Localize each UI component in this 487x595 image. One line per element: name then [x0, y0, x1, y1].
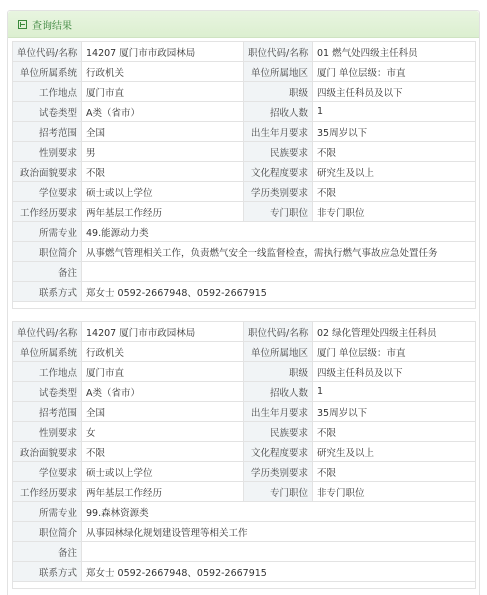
field-value: 不限 — [82, 162, 244, 182]
table-row: 单位代码/名称14207 厦门市市政园林局职位代码/名称01 燃气处四级主任科员 — [13, 42, 476, 62]
field-value: 行政机关 — [82, 62, 244, 82]
field-value: 不限 — [313, 462, 476, 482]
table-row: 职位简介从事燃气管理相关工作，负责燃气安全一线监督检查，需执行燃气事故应急处置任… — [13, 242, 476, 262]
field-value: 四级主任科员及以下 — [313, 362, 476, 382]
field-value: 两年基层工作经历 — [82, 202, 244, 222]
table-row: 工作地点厦门市直职级四级主任科员及以下 — [13, 82, 476, 102]
field-label: 单位所属地区 — [244, 342, 313, 362]
field-value: 研究生及以上 — [313, 162, 476, 182]
field-label: 民族要求 — [244, 142, 313, 162]
field-label: 职级 — [244, 362, 313, 382]
position-table: 单位代码/名称14207 厦门市市政园林局职位代码/名称02 绿化管理处四级主任… — [12, 321, 476, 589]
field-value: 郑女士 0592-2667948、0592-2667915 — [82, 562, 476, 582]
field-value: 不限 — [313, 142, 476, 162]
field-value: 99.森林资源类 — [82, 502, 476, 522]
field-label: 专门职位 — [244, 482, 313, 502]
table-row: 政治面貌要求不限文化程度要求研究生及以上 — [13, 442, 476, 462]
position-record-2: 单位代码/名称14207 厦门市市政园林局职位代码/名称02 绿化管理处四级主任… — [12, 321, 475, 589]
table-row: 单位所属系统行政机关单位所属地区厦门 单位层级：市直 — [13, 62, 476, 82]
position-record-1: 单位代码/名称14207 厦门市市政园林局职位代码/名称01 燃气处四级主任科员… — [12, 41, 475, 309]
field-value: 1 — [313, 382, 476, 402]
field-value: 研究生及以上 — [313, 442, 476, 462]
field-label: 专门职位 — [244, 202, 313, 222]
table-row: 性别要求男民族要求不限 — [13, 142, 476, 162]
field-value: 14207 厦门市市政园林局 — [82, 322, 244, 342]
table-row: 所需专业99.森林资源类 — [13, 502, 476, 522]
field-label: 性别要求 — [13, 422, 82, 442]
field-value: 厦门 单位层级：市直 — [313, 62, 476, 82]
field-label: 联系方式 — [13, 562, 82, 582]
table-row: 工作经历要求两年基层工作经历专门职位非专门职位 — [13, 202, 476, 222]
field-value: 男 — [82, 142, 244, 162]
field-value: 女 — [82, 422, 244, 442]
panel-title: 查询结果 — [32, 17, 72, 32]
field-label: 职位代码/名称 — [244, 322, 313, 342]
field-value: 02 绿化管理处四级主任科员 — [313, 322, 476, 342]
field-label: 民族要求 — [244, 422, 313, 442]
field-label: 职位简介 — [13, 522, 82, 542]
field-value: 两年基层工作经历 — [82, 482, 244, 502]
field-label: 所需专业 — [13, 502, 82, 522]
field-label: 单位所属系统 — [13, 342, 82, 362]
table-row: 单位所属系统行政机关单位所属地区厦门 单位层级：市直 — [13, 342, 476, 362]
table-row: 招考范围全国出生年月要求35周岁以下 — [13, 122, 476, 142]
field-label: 出生年月要求 — [244, 122, 313, 142]
field-label: 学历类别要求 — [244, 462, 313, 482]
field-label: 性别要求 — [13, 142, 82, 162]
field-label: 备注 — [13, 542, 82, 562]
field-value: 01 燃气处四级主任科员 — [313, 42, 476, 62]
field-value: 从事燃气管理相关工作，负责燃气安全一线监督检查，需执行燃气事故应急处置任务 — [82, 242, 476, 262]
field-value: 行政机关 — [82, 342, 244, 362]
spacer-cell — [13, 302, 476, 309]
table-row: 单位代码/名称14207 厦门市市政园林局职位代码/名称02 绿化管理处四级主任… — [13, 322, 476, 342]
field-label: 学位要求 — [13, 462, 82, 482]
field-label: 政治面貌要求 — [13, 162, 82, 182]
table-row: 学位要求硕士或以上学位学历类别要求不限 — [13, 462, 476, 482]
panel-header: 查询结果 — [8, 11, 479, 38]
table-icon — [18, 20, 27, 29]
table-row: 工作地点厦门市直职级四级主任科员及以下 — [13, 362, 476, 382]
field-label: 职级 — [244, 82, 313, 102]
table-row: 联系方式郑女士 0592-2667948、0592-2667915 — [13, 562, 476, 582]
table-footer-spacer — [13, 582, 476, 589]
field-value: 从事园林绿化规划建设管理等相关工作 — [82, 522, 476, 542]
field-label: 单位所属系统 — [13, 62, 82, 82]
table-row: 联系方式郑女士 0592-2667948、0592-2667915 — [13, 282, 476, 302]
position-table: 单位代码/名称14207 厦门市市政园林局职位代码/名称01 燃气处四级主任科员… — [12, 41, 476, 309]
field-label: 工作地点 — [13, 82, 82, 102]
field-value: 全国 — [82, 122, 244, 142]
field-label: 职位简介 — [13, 242, 82, 262]
field-label: 试卷类型 — [13, 382, 82, 402]
field-value: 硕士或以上学位 — [82, 182, 244, 202]
field-value: 35周岁以下 — [313, 122, 476, 142]
field-label: 招收人数 — [244, 382, 313, 402]
table-row: 招考范围全国出生年月要求35周岁以下 — [13, 402, 476, 422]
field-label: 学历类别要求 — [244, 182, 313, 202]
field-label: 单位代码/名称 — [13, 42, 82, 62]
table-row: 试卷类型A类（省市）招收人数1 — [13, 102, 476, 122]
field-value — [82, 262, 476, 282]
field-label: 联系方式 — [13, 282, 82, 302]
spacer-cell — [13, 582, 476, 589]
table-footer-spacer — [13, 302, 476, 309]
field-value: 不限 — [313, 182, 476, 202]
field-value: 全国 — [82, 402, 244, 422]
table-row: 工作经历要求两年基层工作经历专门职位非专门职位 — [13, 482, 476, 502]
field-label: 政治面貌要求 — [13, 442, 82, 462]
field-value: 非专门职位 — [313, 202, 476, 222]
field-label: 单位代码/名称 — [13, 322, 82, 342]
field-value: 厦门市直 — [82, 362, 244, 382]
field-label: 单位所属地区 — [244, 62, 313, 82]
table-row: 学位要求硕士或以上学位学历类别要求不限 — [13, 182, 476, 202]
table-row: 职位简介从事园林绿化规划建设管理等相关工作 — [13, 522, 476, 542]
field-label: 试卷类型 — [13, 102, 82, 122]
field-label: 出生年月要求 — [244, 402, 313, 422]
field-label: 文化程度要求 — [244, 162, 313, 182]
table-row: 性别要求女民族要求不限 — [13, 422, 476, 442]
field-value: 硕士或以上学位 — [82, 462, 244, 482]
field-value: 郑女士 0592-2667948、0592-2667915 — [82, 282, 476, 302]
field-label: 招考范围 — [13, 402, 82, 422]
field-label: 招收人数 — [244, 102, 313, 122]
field-value: 厦门市直 — [82, 82, 244, 102]
field-label: 工作经历要求 — [13, 202, 82, 222]
field-label: 职位代码/名称 — [244, 42, 313, 62]
field-value: 非专门职位 — [313, 482, 476, 502]
table-row: 试卷类型A类（省市）招收人数1 — [13, 382, 476, 402]
field-value: 厦门 单位层级：市直 — [313, 342, 476, 362]
table-row: 备注 — [13, 262, 476, 282]
field-value — [82, 542, 476, 562]
field-label: 学位要求 — [13, 182, 82, 202]
field-label: 备注 — [13, 262, 82, 282]
field-label: 招考范围 — [13, 122, 82, 142]
field-value: 35周岁以下 — [313, 402, 476, 422]
field-value: 14207 厦门市市政园林局 — [82, 42, 244, 62]
table-row: 所需专业49.能源动力类 — [13, 222, 476, 242]
field-value: A类（省市） — [82, 102, 244, 122]
field-label: 工作经历要求 — [13, 482, 82, 502]
field-value: 不限 — [82, 442, 244, 462]
field-value: 49.能源动力类 — [82, 222, 476, 242]
field-value: A类（省市） — [82, 382, 244, 402]
field-value: 四级主任科员及以下 — [313, 82, 476, 102]
field-label: 工作地点 — [13, 362, 82, 382]
table-row: 备注 — [13, 542, 476, 562]
table-row: 政治面貌要求不限文化程度要求研究生及以上 — [13, 162, 476, 182]
field-label: 文化程度要求 — [244, 442, 313, 462]
field-label: 所需专业 — [13, 222, 82, 242]
field-value: 不限 — [313, 422, 476, 442]
field-value: 1 — [313, 102, 476, 122]
